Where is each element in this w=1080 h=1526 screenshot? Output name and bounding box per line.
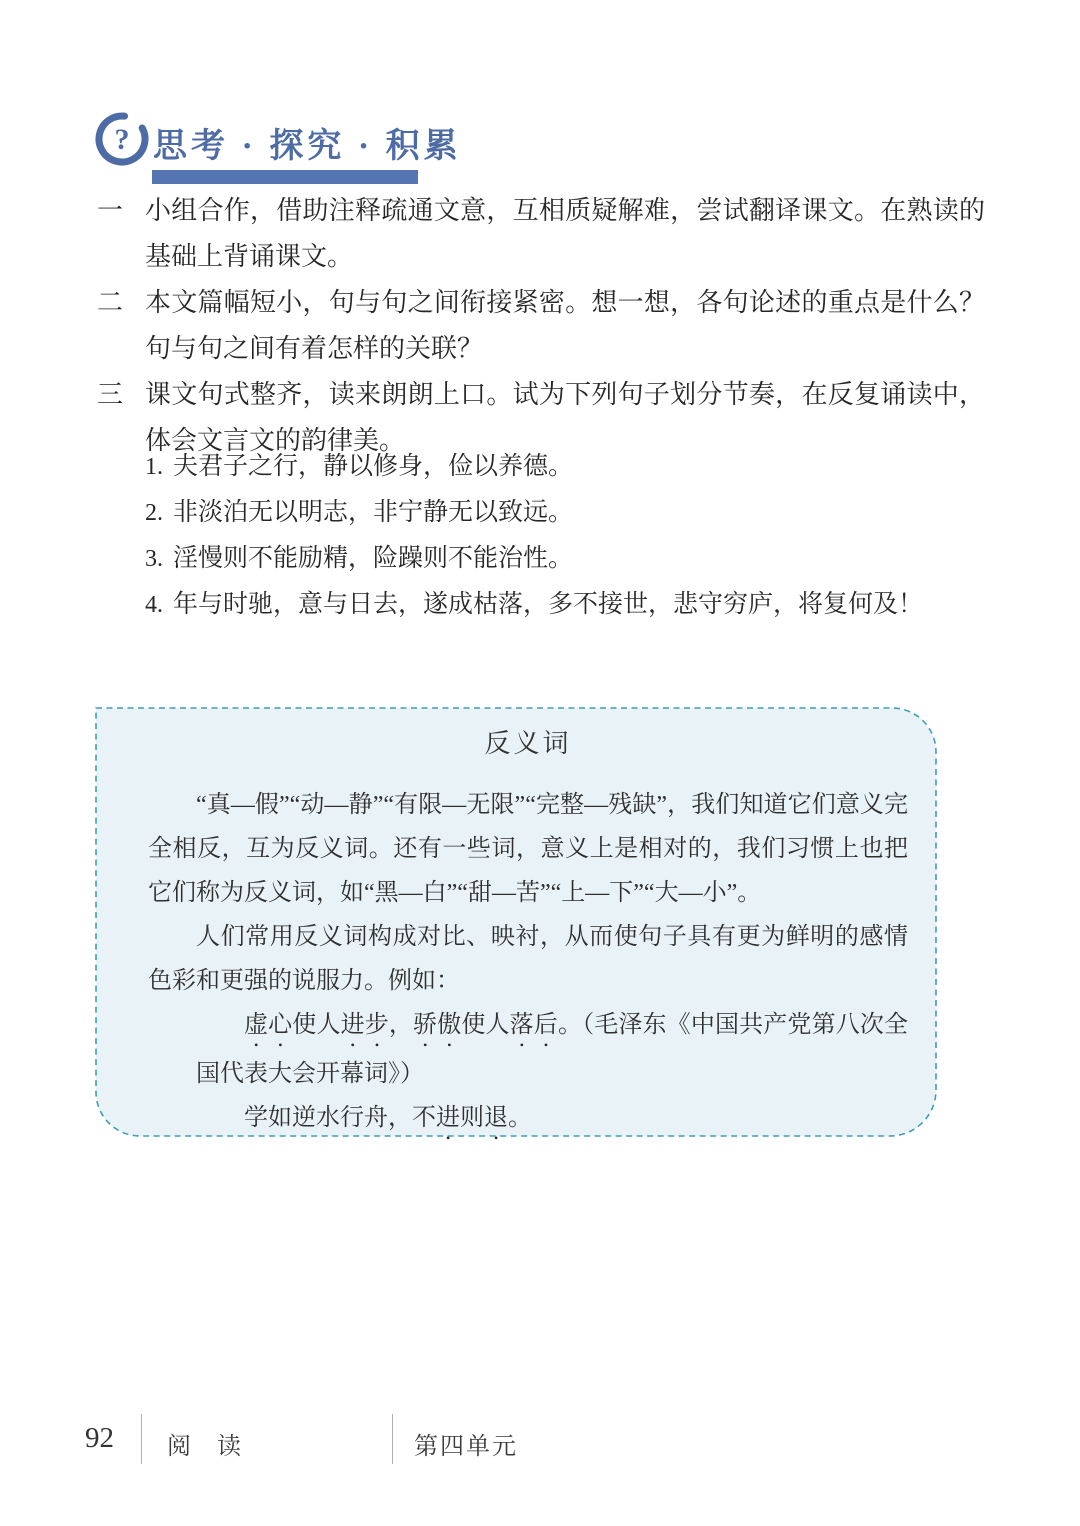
sentence-text: 年与时驰，意与日去，遂成枯落，多不接世，悲守穷庐，将复何及！ — [173, 591, 923, 618]
sentence-item-2: 2.非淡泊无以明志，非宁静无以致远。 — [145, 490, 985, 536]
sentence-list: 1.夫君子之行，静以修身，俭以养德。 2.非淡泊无以明志，非宁静无以致远。 3.… — [145, 444, 985, 628]
sentence-number: 4. — [145, 592, 163, 618]
page-footer: 92 阅 读 第四单元 — [0, 1414, 1080, 1466]
page-number: 92 — [85, 1422, 114, 1455]
sentence-number: 1. — [145, 454, 163, 480]
footer-divider — [392, 1414, 393, 1464]
question-marker: 三 — [97, 372, 145, 418]
box-example-1: 虚心使人进步，骄傲使人落后。（毛泽东《中国共产党第八次全国代表大会开幕词》） — [196, 1003, 908, 1096]
box-paragraph-2: 人们常用反义词构成对比、映衬，从而使句子具有更为鲜明的感情色彩和更强的说服力。例… — [148, 915, 908, 1003]
plain-text: 使人 — [292, 1012, 340, 1038]
emphasized-text: 进 — [436, 1105, 460, 1131]
sentence-text: 非淡泊无以明志，非宁静无以致远。 — [173, 499, 573, 526]
footer-unit-label: 第四单元 — [414, 1426, 518, 1461]
textbook-page: ? 思考 · 探究 · 积累 一 小组合作，借助注释疏通文意，互相质疑解难，尝试… — [0, 0, 1080, 1526]
section-header: ? 思考 · 探究 · 积累 — [95, 110, 995, 190]
svg-text:?: ? — [115, 123, 130, 156]
box-paragraph-1: “真—假”“动—静”“有限—无限”“完整—残缺”，我们知道它们意义完全相反，互为… — [148, 783, 908, 915]
knowledge-box: 反义词 “真—假”“动—静”“有限—无限”“完整—残缺”，我们知道它们意义完全相… — [95, 707, 938, 1137]
question-marker: 二 — [97, 280, 145, 326]
question-marker: 一 — [97, 188, 145, 234]
sentence-text: 夫君子之行，静以修身，俭以养德。 — [173, 453, 573, 480]
plain-text: ， — [389, 1012, 413, 1038]
plain-text: 学如逆水行舟，不 — [244, 1105, 436, 1131]
title-underline-bar — [152, 170, 418, 184]
box-example-2: 学如逆水行舟，不进则退。 — [196, 1096, 908, 1145]
section-title: 思考 · 探究 · 积累 — [153, 118, 462, 167]
plain-text: 使人 — [461, 1012, 509, 1038]
question-list: 一 小组合作，借助注释疏通文意，互相质疑解难，尝试翻译课文。在熟读的基础上背诵课… — [97, 188, 985, 464]
emphasized-text: 虚心 — [244, 1012, 292, 1038]
question-text: 小组合作，借助注释疏通文意，互相质疑解难，尝试翻译课文。在熟读的基础上背诵课文。 — [145, 188, 985, 280]
emphasized-text: 骄傲 — [413, 1012, 461, 1038]
emphasized-text: 退 — [484, 1105, 508, 1131]
plain-text: 则 — [460, 1105, 484, 1131]
knowledge-box-title: 反义词 — [148, 727, 908, 761]
sentence-item-1: 1.夫君子之行，静以修身，俭以养德。 — [145, 444, 985, 490]
question-item-2: 二 本文篇幅短小，句与句之间衔接紧密。想一想，各句论述的重点是什么？句与句之间有… — [97, 280, 985, 372]
plain-text: 。 — [508, 1105, 532, 1131]
emphasized-text: 落后 — [510, 1012, 558, 1038]
question-mark-icon: ? — [95, 112, 149, 166]
sentence-text: 淫慢则不能励精，险躁则不能治性。 — [173, 545, 573, 572]
emphasized-text: 进步 — [341, 1012, 389, 1038]
sentence-number: 3. — [145, 546, 163, 572]
knowledge-box-content: 反义词 “真—假”“动—静”“有限—无限”“完整—残缺”，我们知道它们意义完全相… — [95, 707, 938, 1145]
sentence-number: 2. — [145, 500, 163, 526]
footer-divider — [141, 1414, 142, 1464]
sentence-item-4: 4.年与时驰，意与日去，遂成枯落，多不接世，悲守穷庐，将复何及！ — [145, 582, 985, 628]
question-text: 本文篇幅短小，句与句之间衔接紧密。想一想，各句论述的重点是什么？句与句之间有着怎… — [145, 280, 985, 372]
footer-section-label: 阅 读 — [167, 1426, 251, 1461]
question-item-1: 一 小组合作，借助注释疏通文意，互相质疑解难，尝试翻译课文。在熟读的基础上背诵课… — [97, 188, 985, 280]
sentence-item-3: 3.淫慢则不能励精，险躁则不能治性。 — [145, 536, 985, 582]
